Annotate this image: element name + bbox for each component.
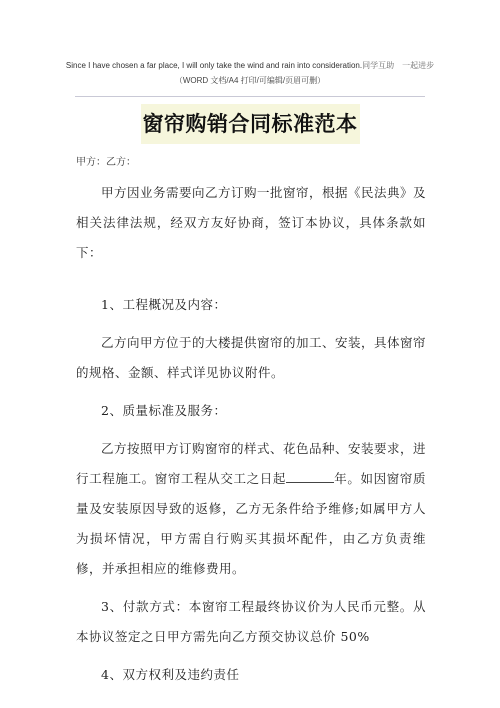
- parties-line: 甲方：乙方：: [76, 156, 426, 170]
- section-2-heading: 2、质量标准及服务：: [76, 396, 426, 426]
- section-1-body: 乙方向甲方位于的大楼提供窗帘的加工、安装，具体窗帘的规格、金额、样式详见协议附件…: [76, 328, 426, 388]
- title-container: 窗帘购销合同标准范本: [0, 104, 500, 144]
- section-2-body-part2: 年。如因窗帘质量及安装原因导致的返修，乙方无条件给予维修;如属甲方人为损坏情况，…: [76, 471, 426, 576]
- warranty-years-blank: [286, 468, 334, 483]
- header-motto: Since I have chosen a far place, I will …: [60, 60, 440, 72]
- document-page: Since I have chosen a far place, I will …: [0, 0, 500, 708]
- section-4-heading: 4、双方权利及违约责任: [76, 660, 426, 690]
- section-1-heading: 1、工程概况及内容：: [76, 290, 426, 320]
- document-body: 甲方：乙方： 甲方因业务需要向乙方订购一批窗帘，根据《民法典》及相关法律法规，经…: [76, 156, 426, 690]
- page-header: Since I have chosen a far place, I will …: [60, 60, 440, 87]
- section-3-paragraph: 3、付款方式：本窗帘工程最终协议价为人民币元整。从本协议签定之日甲方需先向乙方预…: [76, 592, 426, 652]
- document-title: 窗帘购销合同标准范本: [141, 104, 360, 144]
- header-motto-cn: 同学互助 一起进步: [362, 61, 434, 70]
- header-motto-en: Since I have chosen a far place, I will …: [66, 61, 362, 70]
- header-format-note: （WORD 文档/A4 打印/可编辑/页眉可删）: [60, 75, 440, 87]
- header-divider: [75, 96, 425, 97]
- intro-paragraph: 甲方因业务需要向乙方订购一批窗帘，根据《民法典》及相关法律法规，经双方友好协商，…: [76, 178, 426, 268]
- section-2-body: 乙方按照甲方订购窗帘的样式、花色品种、安装要求，进行工程施工。窗帘工程从交工之日…: [76, 434, 426, 584]
